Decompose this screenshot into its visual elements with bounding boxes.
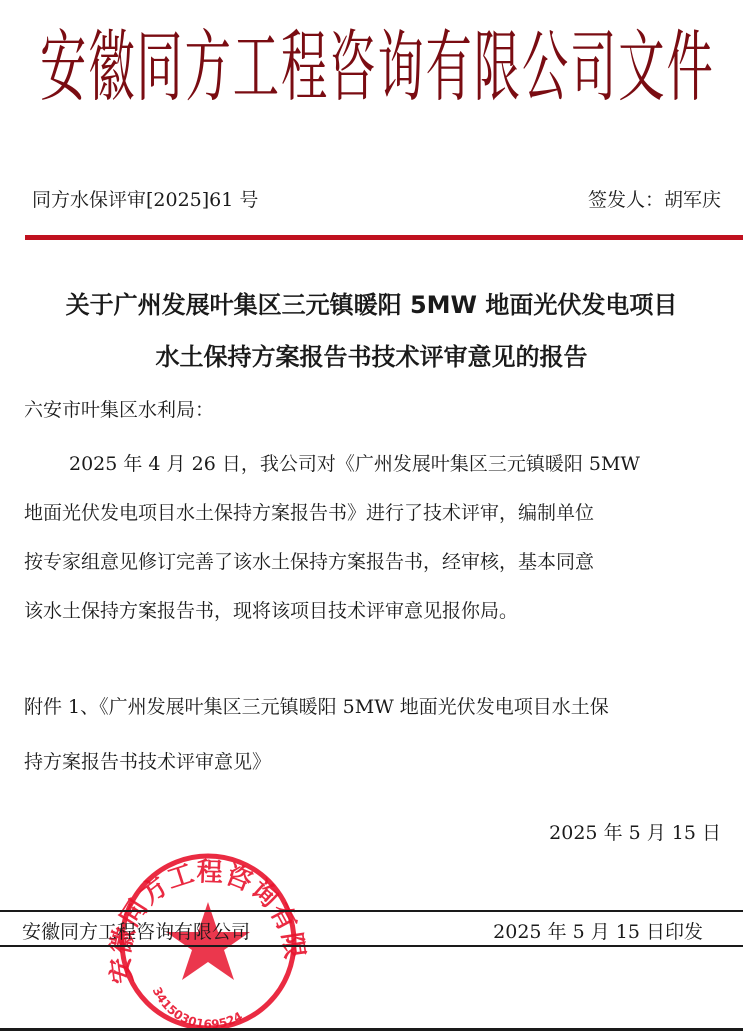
document-date: 2025 年 5 月 15 日 — [549, 818, 721, 845]
attachment-line: 持方案报告书技术评审意见》 — [24, 735, 729, 790]
report-title-line-1: 关于广州发展叶集区三元镇暖阳 5MW 地面光伏发电项目 — [0, 285, 743, 320]
attachment-note: 附件 1、《广州发展叶集区三元镇暖阳 5MW 地面光伏发电项目水土保 持方案报告… — [24, 680, 729, 790]
addressee: 六安市叶集区水利局： — [24, 395, 214, 422]
signer: 签发人：胡军庆 — [588, 185, 721, 212]
body-paragraph: 2025 年 4 月 26 日，我公司对《广州发展叶集区三元镇暖阳 5MW 地面… — [24, 440, 729, 636]
body-line: 地面光伏发电项目水土保持方案报告书》进行了技术评审，编制单位 — [24, 489, 729, 538]
issue-date: 2025 年 5 月 15 日印发 — [493, 917, 703, 944]
issuing-company: 安徽同方工程咨询有限公司 — [22, 917, 250, 944]
svg-text:3415030169524: 3415030169524 — [150, 985, 245, 1030]
body-line: 2025 年 4 月 26 日，我公司对《广州发展叶集区三元镇暖阳 5MW — [24, 440, 729, 489]
footer-rule-bottom — [0, 945, 743, 947]
footer-rule-top — [0, 910, 743, 912]
document-masthead: 安徽同方工程咨询有限公司文件 — [40, 10, 461, 124]
attachment-line: 附件 1、《广州发展叶集区三元镇暖阳 5MW 地面光伏发电项目水土保 — [24, 680, 729, 735]
red-header-rule — [25, 235, 743, 240]
body-line: 按专家组意见修订完善了该水土保持方案报告书，经审核，基本同意 — [24, 538, 729, 587]
body-line: 该水土保持方案报告书，现将该项目技术评审意见报你局。 — [24, 587, 729, 636]
document-number: 同方水保评审[2025]61 号 — [32, 185, 258, 212]
signer-name: 胡军庆 — [664, 189, 721, 211]
report-title-line-2: 水土保持方案报告书技术评审意见的报告 — [0, 337, 743, 372]
signer-label: 签发人： — [588, 189, 664, 211]
